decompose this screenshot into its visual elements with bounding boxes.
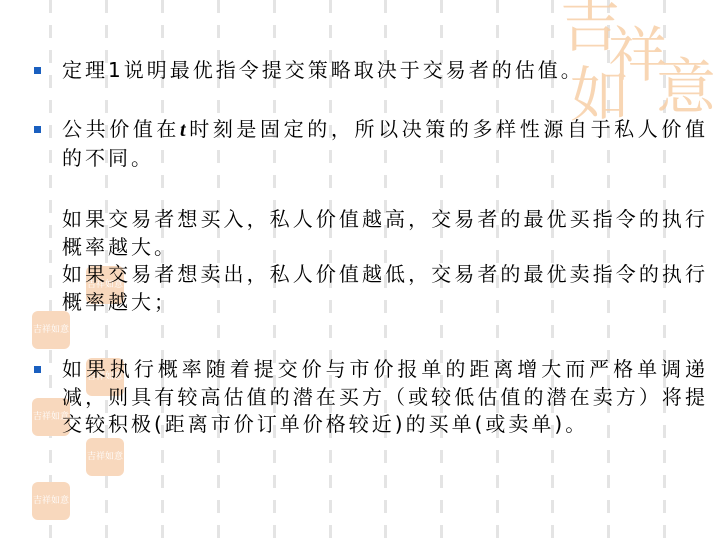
- paragraph-sell: 如果交易者想卖出，私人价值越低，交易者的最优卖指令的执行概率越大；: [62, 261, 708, 316]
- time-variable: t: [180, 119, 189, 141]
- bullet-square-icon: [34, 67, 41, 74]
- bullet-item-public-value: 公共价值在t时刻是固定的，所以决策的多样性源自于私人价值的不同。: [62, 116, 708, 172]
- stamp-text: 吉祥如意: [33, 496, 69, 506]
- text-segment: 公共价值在: [62, 117, 180, 141]
- stamp-text: 吉祥如意: [33, 325, 69, 335]
- bullet-square-icon: [34, 126, 41, 133]
- stamp-text: 吉祥如意: [87, 452, 123, 462]
- bullet-item-theorem: 定理1说明最优指令提交策略取决于交易者的估值。: [62, 57, 708, 85]
- bullet-item-execution-probability: 如果执行概率随着提交价与市价报单的距离增大而严格单调递减，则具有较高估值的潜在买…: [62, 356, 708, 439]
- seal-stamp-icon: 吉祥如意: [32, 311, 70, 349]
- paragraph-buy: 如果交易者想买入，私人价值越高，交易者的最优买指令的执行概率越大。: [62, 206, 708, 261]
- seal-stamp-icon: 吉祥如意: [32, 482, 70, 520]
- bullet-square-icon: [34, 366, 41, 373]
- seal-stamp-icon: 吉祥如意: [86, 438, 124, 476]
- grid-line: [49, 0, 52, 540]
